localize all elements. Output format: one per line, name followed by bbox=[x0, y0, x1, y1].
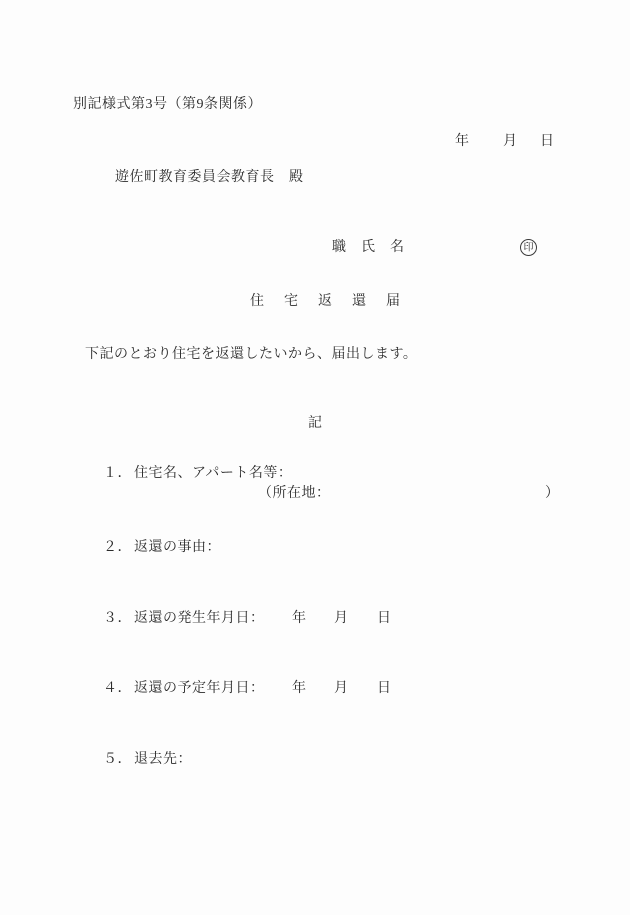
item-1: １．住宅名、アパート名等： bbox=[103, 466, 292, 482]
item-3-label: 返還の発生年月日： bbox=[134, 611, 265, 626]
item-5-label: 退去先： bbox=[134, 752, 192, 767]
document-title: 住 宅 返 還 届 bbox=[250, 294, 403, 310]
signer-name-label: 職 氏 名 bbox=[332, 240, 405, 256]
item-4-day-label: 日 bbox=[377, 681, 392, 697]
date-year-label: 年 bbox=[455, 134, 470, 150]
item-4-number: ４． bbox=[103, 681, 132, 696]
item-4-year-label: 年 bbox=[292, 681, 307, 697]
item-3-year-label: 年 bbox=[292, 611, 307, 627]
addressee: 遊佐町教育委員会教育長 殿 bbox=[115, 170, 304, 186]
item-1-number: １． bbox=[103, 466, 132, 481]
body-statement: 下記のとおり住宅を返還したいから、届出します。 bbox=[85, 347, 417, 363]
seal-mark-icon: 印 bbox=[520, 239, 537, 256]
item-4-month-label: 月 bbox=[334, 681, 349, 697]
item-1-location-open: （所在地： bbox=[258, 486, 331, 502]
date-day-label: 日 bbox=[540, 134, 555, 150]
item-2: ２．返還の事由： bbox=[103, 540, 221, 556]
item-3-month-label: 月 bbox=[334, 611, 349, 627]
seal-character: 印 bbox=[524, 243, 534, 253]
item-5-number: ５． bbox=[103, 752, 132, 767]
date-month-label: 月 bbox=[503, 134, 518, 150]
item-4: ４．返還の予定年月日： bbox=[103, 681, 265, 697]
item-3-day-label: 日 bbox=[377, 611, 392, 627]
item-5: ５．退去先： bbox=[103, 752, 192, 768]
item-3-number: ３． bbox=[103, 611, 132, 626]
item-1-label: 住宅名、アパート名等： bbox=[134, 466, 292, 481]
item-3: ３．返還の発生年月日： bbox=[103, 611, 265, 627]
item-2-label: 返還の事由： bbox=[134, 540, 221, 555]
ki-heading: 記 bbox=[308, 416, 323, 432]
item-2-number: ２． bbox=[103, 540, 132, 555]
item-4-label: 返還の予定年月日： bbox=[134, 681, 265, 696]
form-number: 別記様式第3号（第9条関係） bbox=[73, 97, 262, 113]
item-1-location-close: ） bbox=[545, 486, 560, 502]
document-page: 別記様式第3号（第9条関係） 年 月 日 遊佐町教育委員会教育長 殿 職 氏 名… bbox=[0, 0, 630, 915]
